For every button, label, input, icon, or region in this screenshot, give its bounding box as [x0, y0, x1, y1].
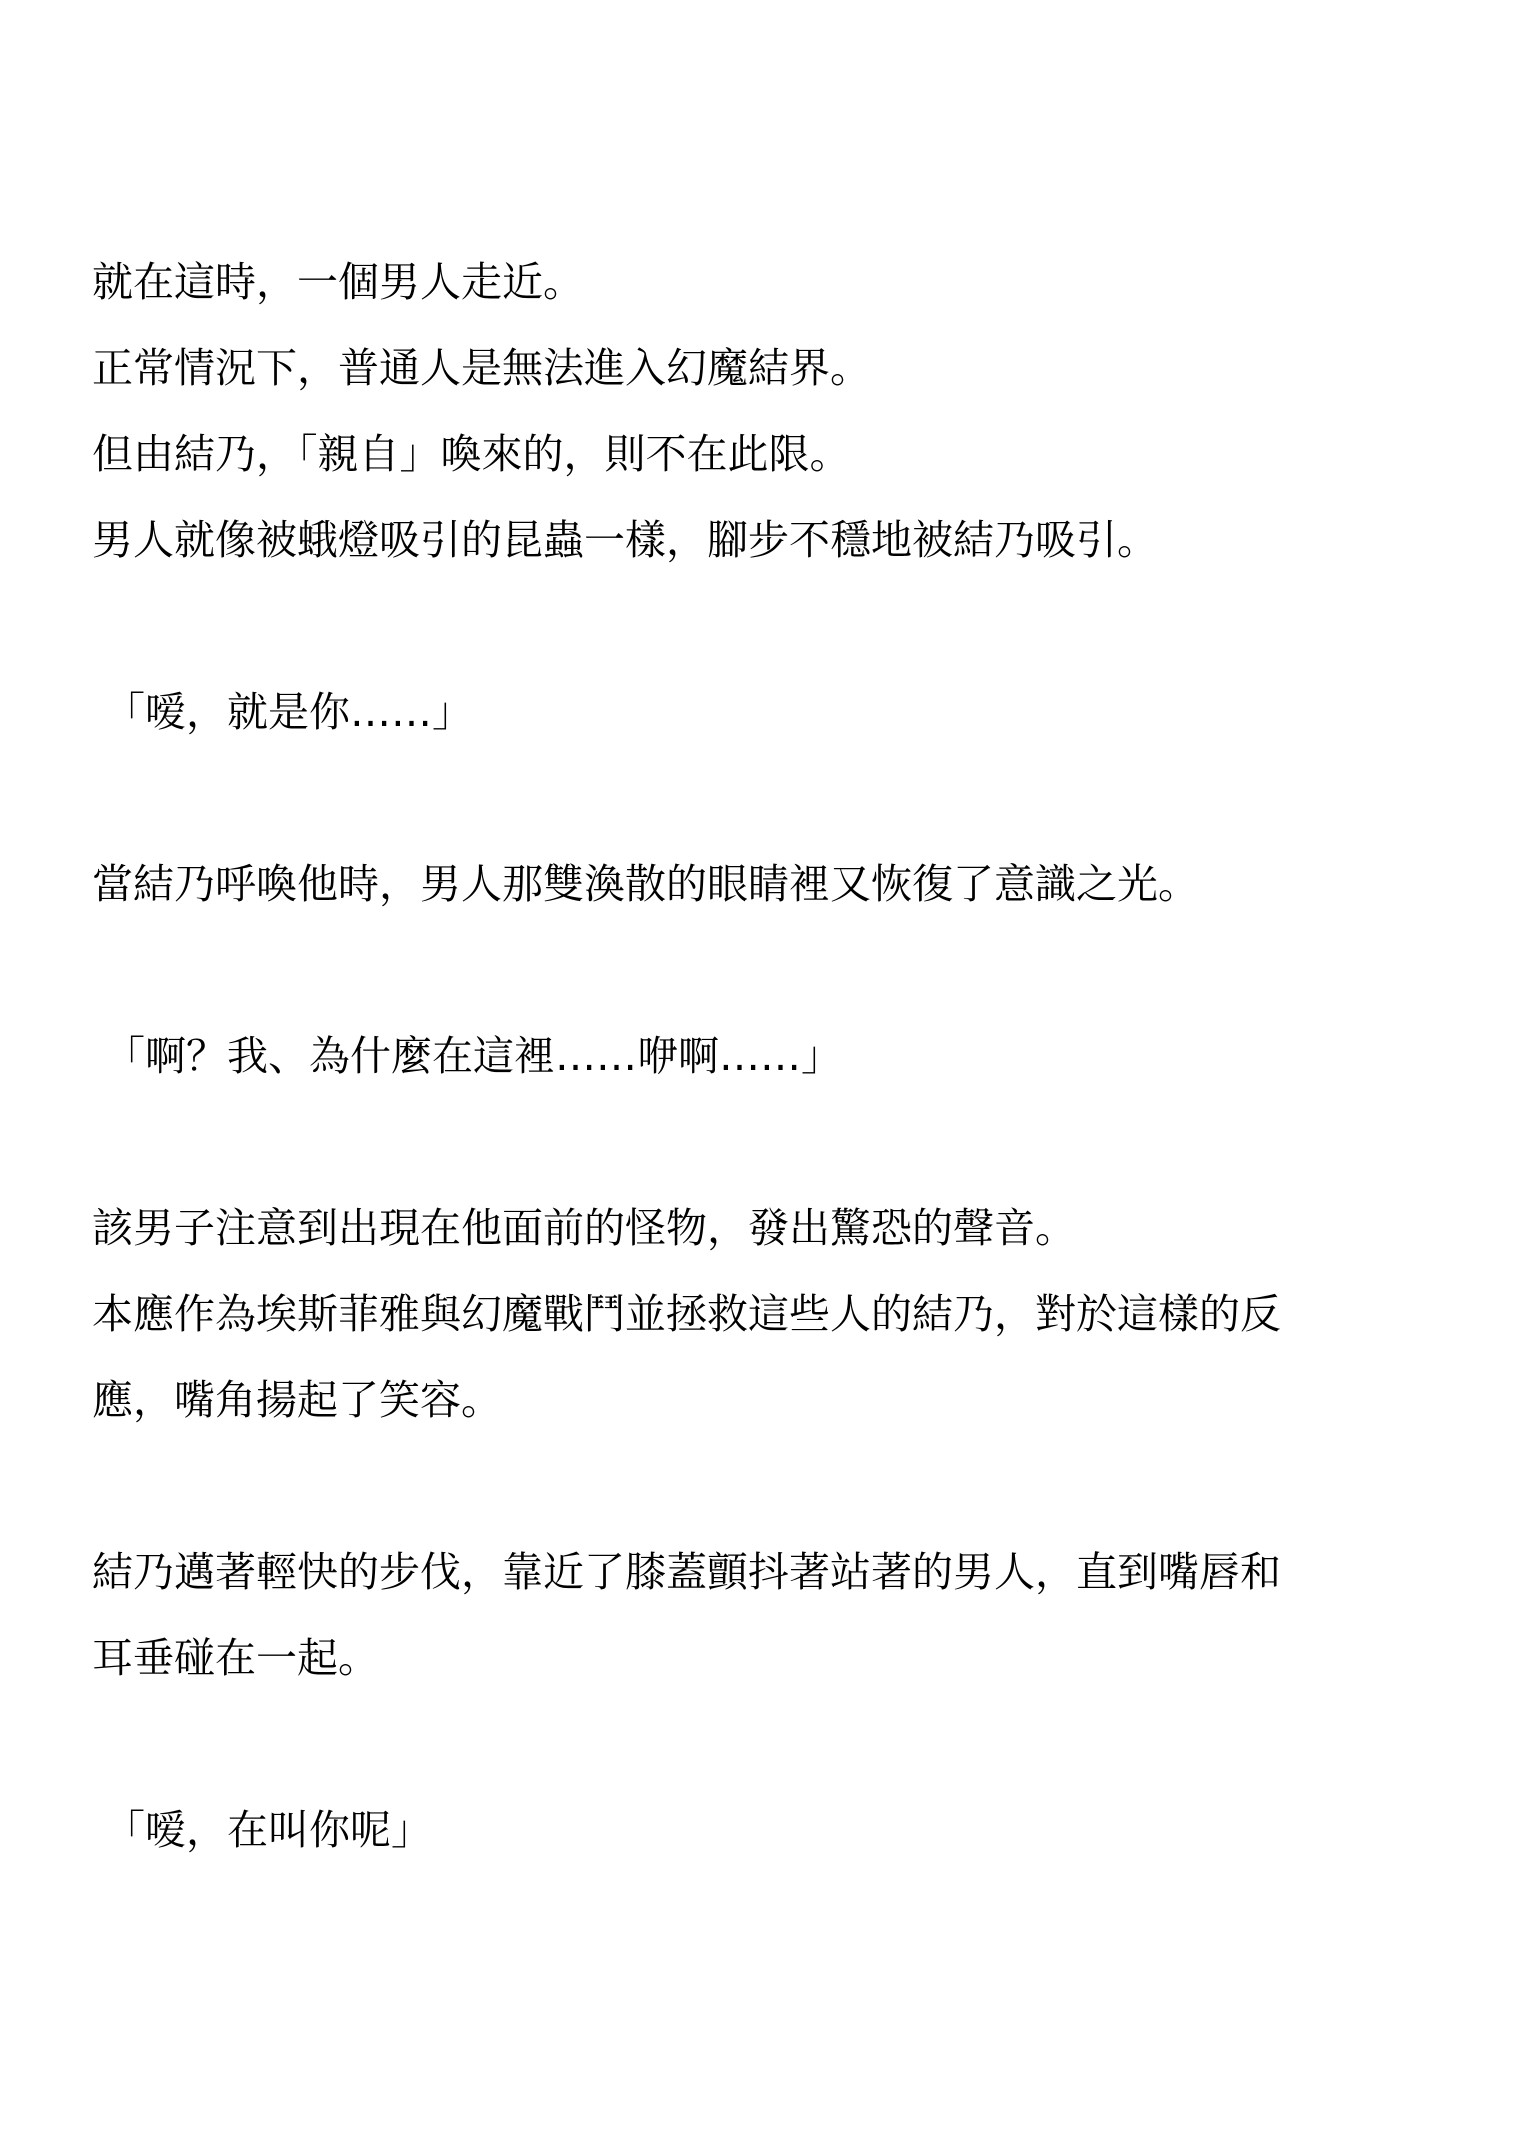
dialogue-line: 「嗳，就是你……」 — [104, 669, 1422, 755]
document-page: 就在這時，一個男人走近。 正常情況下，普通人是無法進入幻魔結界。 但由結乃，「親… — [92, 239, 1422, 1873]
text-line: 應，嘴角揚起了笑容。 — [92, 1357, 1422, 1443]
text-line: 當結乃呼喚他時，男人那雙渙散的眼睛裡又恢復了意識之光。 — [92, 841, 1422, 927]
text-line: 結乃邁著輕快的步伐，靠近了膝蓋顫抖著站著的男人，直到嘴唇和 — [92, 1529, 1422, 1615]
blank-line — [92, 1443, 1422, 1529]
text-line: 正常情況下，普通人是無法進入幻魔結界。 — [92, 325, 1422, 411]
blank-line — [92, 755, 1422, 841]
text-line: 但由結乃，「親自」喚來的，則不在此限。 — [92, 411, 1422, 497]
text-line: 該男子注意到出現在他面前的怪物，發出驚恐的聲音。 — [92, 1185, 1422, 1271]
dialogue-line: 「啊？我、為什麼在這裡……咿啊……」 — [104, 1013, 1422, 1099]
blank-line — [92, 1701, 1422, 1787]
text-line: 耳垂碰在一起。 — [92, 1615, 1422, 1701]
blank-line — [92, 583, 1422, 669]
blank-line — [92, 1099, 1422, 1185]
text-line: 男人就像被蛾燈吸引的昆蟲一樣，腳步不穩地被結乃吸引。 — [92, 497, 1422, 583]
blank-line — [92, 927, 1422, 1013]
text-line: 本應作為埃斯菲雅與幻魔戰鬥並拯救這些人的結乃，對於這樣的反 — [92, 1271, 1422, 1357]
dialogue-line: 「嗳，在叫你呢」 — [104, 1787, 1422, 1873]
text-line: 就在這時，一個男人走近。 — [92, 239, 1422, 325]
